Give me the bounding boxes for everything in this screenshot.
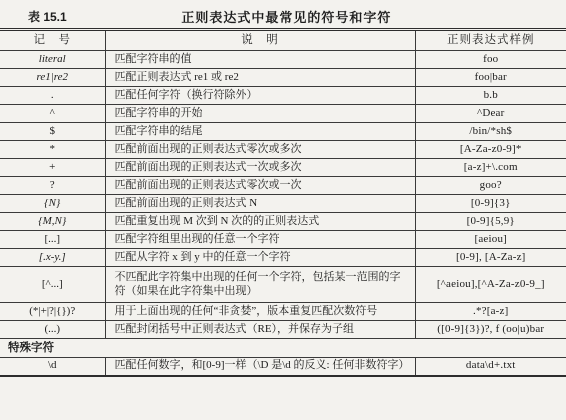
symbol-cell: * xyxy=(0,141,105,159)
description-cell: 匹配从字符 x 到 y 中的任意一个字符 xyxy=(105,249,415,267)
table-row: [^...] 不匹配此字符集中出现的任何一个字符，包括某一范围的字符（如果在此字… xyxy=(0,267,566,303)
col-header-description: 说 明 xyxy=(105,30,415,51)
col-header-example: 正则表达式样例 xyxy=(415,30,566,51)
section-header-row: 特殊字符 xyxy=(0,339,566,358)
example-cell: [0-9]{3} xyxy=(415,195,566,213)
table-row: . 匹配任何字符（换行符除外） b.b xyxy=(0,87,566,105)
col-header-symbol: 记 号 xyxy=(0,30,105,51)
description-cell: 匹配前面出现的正则表达式 N xyxy=(105,195,415,213)
example-cell: .*?[a-z] xyxy=(415,303,566,321)
table-row: {M,N} 匹配重复出现 M 次到 N 次的的正则表达式 [0-9]{5,9} xyxy=(0,213,566,231)
example-cell: [a-z]+\.com xyxy=(415,159,566,177)
example-cell: foo xyxy=(415,51,566,69)
symbol-cell: (*|+|?|{})? xyxy=(0,303,105,321)
symbol-cell: {M,N} xyxy=(0,213,105,231)
table-row: re1|re2 匹配正则表达式 re1 或 re2 foo|bar xyxy=(0,69,566,87)
example-cell: ^Dear xyxy=(415,105,566,123)
table-row: [...] 匹配字符组里出现的任意一个字符 [aeiou] xyxy=(0,231,566,249)
example-cell: /bin/*sh$ xyxy=(415,123,566,141)
header-row: 记 号 说 明 正则表达式样例 xyxy=(0,30,566,51)
symbol-cell: ? xyxy=(0,177,105,195)
description-cell: 匹配正则表达式 re1 或 re2 xyxy=(105,69,415,87)
description-cell: 匹配字符串的开始 xyxy=(105,105,415,123)
symbol-cell: + xyxy=(0,159,105,177)
table-row: * 匹配前面出现的正则表达式零次或多次 [A-Za-z0-9]* xyxy=(0,141,566,159)
description-cell: 匹配重复出现 M 次到 N 次的的正则表达式 xyxy=(105,213,415,231)
example-cell: b.b xyxy=(415,87,566,105)
description-cell: 匹配任何数字，和[0-9]一样（\D 是\d 的反义: 任何非数符字） xyxy=(105,358,415,376)
table-row: ^ 匹配字符串的开始 ^Dear xyxy=(0,105,566,123)
example-cell: [A-Za-z0-9]* xyxy=(415,141,566,159)
symbol-cell: [...] xyxy=(0,231,105,249)
example-cell: goo? xyxy=(415,177,566,195)
description-cell: 匹配字符串的结尾 xyxy=(105,123,415,141)
symbol-cell: literal xyxy=(0,51,105,69)
description-cell: 匹配任何字符（换行符除外） xyxy=(105,87,415,105)
example-cell: data\d+.txt xyxy=(415,358,566,376)
table-label: 表 15.1 xyxy=(28,8,67,25)
table-caption: 表 15.1 正则表达式中最常见的符号和字符 xyxy=(0,0,566,28)
table-row: \d 匹配任何数字，和[0-9]一样（\D 是\d 的反义: 任何非数符字） d… xyxy=(0,358,566,376)
table-row: (...) 匹配封闭括号中正则表达式（RE），并保存为子组 ([0-9]{3})… xyxy=(0,321,566,339)
description-cell: 用于上面出现的任何“非贪婪”，版本重复匹配次数符号 xyxy=(105,303,415,321)
symbol-cell: [.x-y.] xyxy=(0,249,105,267)
symbol-cell: (...) xyxy=(0,321,105,339)
table-row: + 匹配前面出现的正则表达式一次或多次 [a-z]+\.com xyxy=(0,159,566,177)
example-cell: foo|bar xyxy=(415,69,566,87)
example-cell: [^aeiou],[^A-Za-z0-9_] xyxy=(415,267,566,303)
description-cell: 匹配前面出现的正则表达式一次或多次 xyxy=(105,159,415,177)
symbol-cell: $ xyxy=(0,123,105,141)
example-cell: [0-9]{5,9} xyxy=(415,213,566,231)
example-cell: [aeiou] xyxy=(415,231,566,249)
description-cell: 匹配前面出现的正则表达式零次或多次 xyxy=(105,141,415,159)
regex-symbols-table: 记 号 说 明 正则表达式样例 literal 匹配字符串的值 foo re1|… xyxy=(0,28,566,377)
description-cell: 不匹配此字符集中出现的任何一个字符，包括某一范围的字符（如果在此字符集中出现） xyxy=(105,267,415,303)
table-row: ? 匹配前面出现的正则表达式零次或一次 goo? xyxy=(0,177,566,195)
description-cell: 匹配封闭括号中正则表达式（RE），并保存为子组 xyxy=(105,321,415,339)
table-row: $ 匹配字符串的结尾 /bin/*sh$ xyxy=(0,123,566,141)
table-row: literal 匹配字符串的值 foo xyxy=(0,51,566,69)
symbol-cell: ^ xyxy=(0,105,105,123)
example-cell: ([0-9]{3})?, f (oo|u)bar xyxy=(415,321,566,339)
symbol-cell: {N} xyxy=(0,195,105,213)
example-cell: [0-9], [A-Za-z] xyxy=(415,249,566,267)
book-page: 表 15.1 正则表达式中最常见的符号和字符 记 号 说 明 正则表达式样例 l… xyxy=(0,0,566,420)
description-cell: 匹配字符组里出现的任意一个字符 xyxy=(105,231,415,249)
table-row: (*|+|?|{})? 用于上面出现的任何“非贪婪”，版本重复匹配次数符号 .*… xyxy=(0,303,566,321)
symbol-cell: re1|re2 xyxy=(0,69,105,87)
symbol-cell: \d xyxy=(0,358,105,376)
table-row: [.x-y.] 匹配从字符 x 到 y 中的任意一个字符 [0-9], [A-Z… xyxy=(0,249,566,267)
symbol-cell: [^...] xyxy=(0,267,105,303)
table-title: 正则表达式中最常见的符号和字符 xyxy=(67,7,506,26)
symbol-cell: . xyxy=(0,87,105,105)
table-row: {N} 匹配前面出现的正则表达式 N [0-9]{3} xyxy=(0,195,566,213)
section-header-label: 特殊字符 xyxy=(0,339,566,358)
description-cell: 匹配前面出现的正则表达式零次或一次 xyxy=(105,177,415,195)
description-cell: 匹配字符串的值 xyxy=(105,51,415,69)
